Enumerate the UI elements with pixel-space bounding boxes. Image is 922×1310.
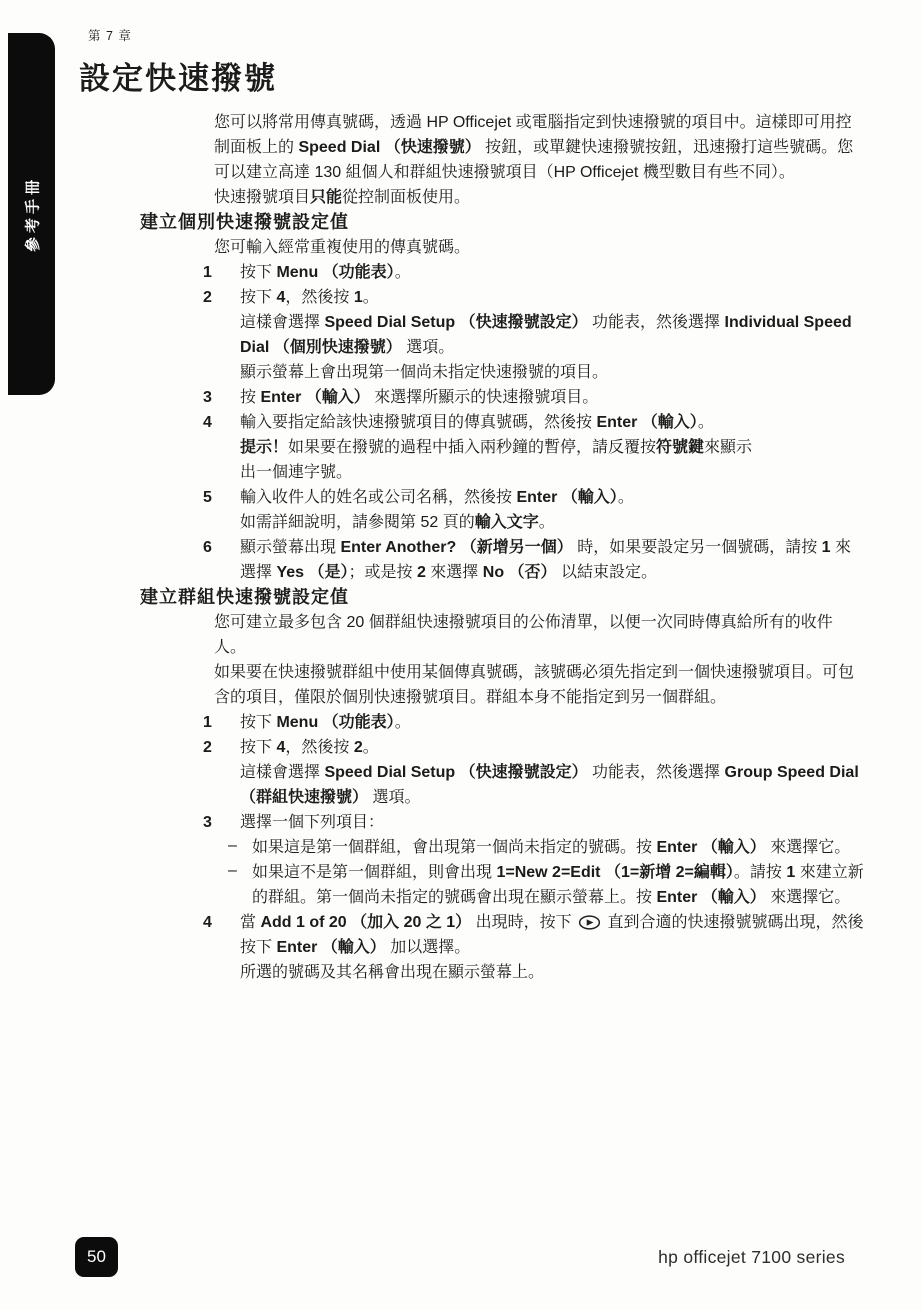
- text-run: 加以選擇。: [386, 939, 470, 956]
- text-run: 時，如果要設定另一個號碼，請按: [573, 539, 822, 556]
- step-number: 3: [203, 810, 212, 835]
- paragraph: 快速撥號項目只能從控制面板使用。: [214, 185, 860, 210]
- step-number: 6: [203, 535, 212, 560]
- bold-text: 1=New 2=Edit （1=新增 2=編輯）: [496, 864, 733, 881]
- text-run: 。: [539, 514, 555, 531]
- bold-text: No （否）: [483, 564, 557, 581]
- page-number: 50: [87, 1247, 106, 1267]
- next-arrow-icon: [576, 910, 603, 935]
- step-item: 4輸入要指定給該快速撥號項目的傳真號碼，然後按 Enter （輸入）。: [240, 410, 864, 435]
- text-run: 當: [240, 914, 260, 931]
- text-run: 。: [618, 489, 634, 506]
- text-run: 。: [395, 264, 411, 281]
- step-item: 1按下 Menu （功能表）。: [240, 710, 864, 735]
- page-title: 設定快速撥號: [79, 53, 922, 98]
- text-run: 。: [363, 739, 379, 756]
- bold-text: 提示！: [240, 439, 288, 456]
- bold-text: Enter Another? （新增另一個）: [340, 539, 572, 556]
- bold-text: Enter （輸入）: [656, 839, 765, 856]
- text-run: 。: [395, 714, 411, 731]
- step-item: 2按下 4，然後按 1。: [240, 285, 864, 310]
- text-run: 以結束設定。: [557, 564, 657, 581]
- step-item: 4當 Add 1 of 20 （加入 20 之 1） 出現時，按下 直到合適的快…: [240, 910, 864, 960]
- bold-text: 1: [354, 289, 363, 306]
- text-run: 這樣會選擇: [240, 314, 324, 331]
- bold-text: Yes （是）: [276, 564, 348, 581]
- step-paragraph: 這樣會選擇 Speed Dial Setup （快速撥號設定） 功能表，然後選擇…: [240, 310, 864, 360]
- step-paragraph: 顯示螢幕上會出現第一個尚未指定快速撥號的項目。: [240, 360, 864, 385]
- tip-paragraph: 提示！如果要在撥號的過程中插入兩秒鐘的暫停，請反覆按符號鍵來顯示出一個連字號。: [240, 435, 765, 485]
- step-number: 2: [203, 285, 212, 310]
- text-run: 按下: [240, 264, 276, 281]
- bold-text: Speed Dial Setup （快速撥號設定）: [324, 314, 587, 331]
- section-heading: 建立群組快速撥號設定值: [140, 585, 860, 610]
- text-run: 如果這不是第一個群組，則會出現: [252, 864, 496, 881]
- step-number: 4: [203, 910, 212, 935]
- step-item: 1按下 Menu （功能表）。: [240, 260, 864, 285]
- reference-manual-side-tab: 參考手冊: [8, 33, 55, 395]
- bold-text: 2: [354, 739, 363, 756]
- text-run: 。請按: [734, 864, 786, 881]
- text-run: 。: [363, 289, 379, 306]
- text-run: ；或是按: [349, 564, 417, 581]
- step-item: 5輸入收件人的姓名或公司名稱，然後按 Enter （輸入）。: [240, 485, 864, 510]
- bullet-dash: –: [228, 833, 237, 858]
- step-paragraph: 這樣會選擇 Speed Dial Setup （快速撥號設定） 功能表，然後選擇…: [240, 760, 864, 810]
- text-run: 這樣會選擇: [240, 764, 324, 781]
- step-number: 1: [203, 260, 212, 285]
- text-run: 出現時，按下: [471, 914, 576, 931]
- text-run: 。: [698, 414, 714, 431]
- bold-text: 符號鍵: [656, 439, 704, 456]
- bold-text: Enter （輸入）: [260, 389, 369, 406]
- text-run: 如果要在快速撥號群組中使用某個傳真號碼，該號碼必須先指定到一個快速撥號項目。可包…: [214, 664, 854, 706]
- text-run: 選項。: [402, 339, 454, 356]
- text-run: 按下: [240, 289, 276, 306]
- text-run: ，然後按: [285, 739, 353, 756]
- page-number-badge: 50: [75, 1237, 118, 1277]
- bold-text: Menu （功能表）: [276, 264, 394, 281]
- text-run: 快速撥號項目: [214, 189, 310, 206]
- bold-text: Enter （輸入）: [276, 939, 385, 956]
- bold-text: 1: [822, 539, 831, 556]
- text-run: 如果要在撥號的過程中插入兩秒鐘的暫停，請反覆按: [288, 439, 656, 456]
- step-number: 1: [203, 710, 212, 735]
- section-heading: 建立個別快速撥號設定值: [140, 210, 860, 235]
- text-run: 如需詳細說明，請參閱第 52 頁的: [240, 514, 475, 531]
- step-item: 2按下 4，然後按 2。: [240, 735, 864, 760]
- text-run: 選擇一個下列項目：: [240, 814, 384, 831]
- paragraph: 您可以將常用傳真號碼，透過 HP Officejet 或電腦指定到快速撥號的項目…: [214, 110, 860, 185]
- step-item: 3選擇一個下列項目：: [240, 810, 864, 835]
- text-run: 按: [240, 389, 260, 406]
- text-run: 從控制面板使用。: [342, 189, 470, 206]
- doc-content: 您可以將常用傳真號碼，透過 HP Officejet 或電腦指定到快速撥號的項目…: [0, 110, 922, 985]
- text-run: 來選擇所顯示的快速撥號項目。: [370, 389, 598, 406]
- bold-text: Add 1 of 20 （加入 20 之 1）: [260, 914, 471, 931]
- text-run: 顯示螢幕出現: [240, 539, 340, 556]
- bold-text: Enter （輸入）: [516, 489, 617, 506]
- paragraph: 您可建立最多包含 20 個群組快速撥號項目的公佈清單，以便一次同時傳真給所有的收…: [214, 610, 860, 660]
- product-name: hp officejet 7100 series: [658, 1247, 845, 1268]
- text-run: 您可輸入經常重複使用的傳真號碼。: [214, 239, 470, 256]
- bold-text: Speed Dial （快速撥號）: [298, 139, 480, 156]
- chapter-label: 第 7 章: [88, 26, 922, 44]
- text-run: 來選擇它。: [766, 889, 850, 906]
- step-paragraph: 所選的號碼及其名稱會出現在顯示螢幕上。: [240, 960, 864, 985]
- bold-text: Enter （輸入）: [596, 414, 697, 431]
- bold-text: 2: [417, 564, 426, 581]
- text-run: 按下: [240, 739, 276, 756]
- step-number: 3: [203, 385, 212, 410]
- step-number: 2: [203, 735, 212, 760]
- text-run: 選項。: [368, 789, 420, 806]
- step-item: 6顯示螢幕出現 Enter Another? （新增另一個） 時，如果要設定另一…: [240, 535, 864, 585]
- text-run: 所選的號碼及其名稱會出現在顯示螢幕上。: [240, 964, 544, 981]
- text-run: 輸入收件人的姓名或公司名稱，然後按: [240, 489, 516, 506]
- step-paragraph: 如需詳細說明，請參閱第 52 頁的輸入文字。: [240, 510, 864, 535]
- bullet-item: –如果這是第一個群組，會出現第一個尚未指定的號碼。按 Enter （輸入） 來選…: [252, 835, 864, 860]
- text-run: 您可建立最多包含 20 個群組快速撥號項目的公佈清單，以便一次同時傳真給所有的收…: [214, 614, 833, 656]
- text-run: 來選擇: [426, 564, 483, 581]
- text-run: 輸入要指定給該快速撥號項目的傳真號碼，然後按: [240, 414, 596, 431]
- text-run: 按下: [240, 714, 276, 731]
- text-run: ，然後按: [285, 289, 353, 306]
- bold-text: Menu （功能表）: [276, 714, 394, 731]
- text-run: 功能表，然後選擇: [588, 314, 725, 331]
- paragraph: 如果要在快速撥號群組中使用某個傳真號碼，該號碼必須先指定到一個快速撥號項目。可包…: [214, 660, 860, 710]
- bold-text: 只能: [310, 189, 342, 206]
- text-run: 如果這是第一個群組，會出現第一個尚未指定的號碼。按: [252, 839, 656, 856]
- bold-text: Speed Dial Setup （快速撥號設定）: [324, 764, 587, 781]
- side-tab-label: 參考手冊: [21, 176, 42, 252]
- bullet-item: –如果這不是第一個群組，則會出現 1=New 2=Edit （1=新增 2=編輯…: [252, 860, 864, 910]
- bold-text: 輸入文字: [475, 514, 539, 531]
- text-run: 功能表，然後選擇: [588, 764, 725, 781]
- step-item: 3按 Enter （輸入） 來選擇所顯示的快速撥號項目。: [240, 385, 864, 410]
- bold-text: 1: [786, 864, 795, 881]
- text-run: 來選擇它。: [766, 839, 850, 856]
- step-number: 5: [203, 485, 212, 510]
- bullet-dash: –: [228, 858, 237, 883]
- paragraph: 您可輸入經常重複使用的傳真號碼。: [214, 235, 860, 260]
- text-run: 顯示螢幕上會出現第一個尚未指定快速撥號的項目。: [240, 364, 608, 381]
- bold-text: Enter （輸入）: [656, 889, 765, 906]
- step-number: 4: [203, 410, 212, 435]
